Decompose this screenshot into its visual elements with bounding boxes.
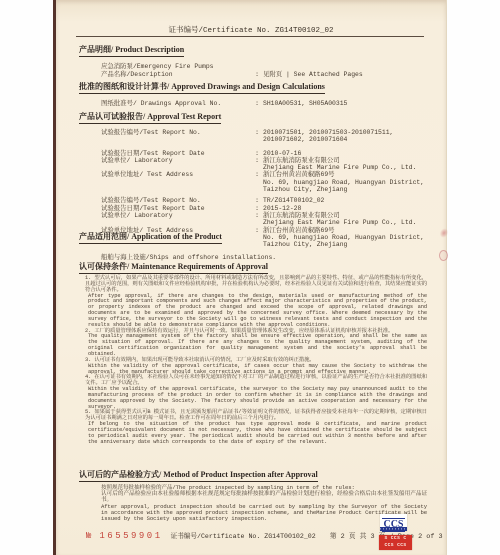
ccs-banner bbox=[380, 527, 407, 531]
table-row: 试验单位地址/ Test Address : 浙江台州黄岩黄椒路69号 No. … bbox=[79, 171, 427, 193]
row-value: TR/ZG14T00102_02 bbox=[263, 197, 427, 204]
certificate-scan: { "header": { "cert_label": "证书编号/Certif… bbox=[0, 0, 500, 555]
section-title: 批准的图纸和设计计算书/ Approved Drawings and Desig… bbox=[79, 81, 325, 94]
section-inspection-method: 认可后的产品检验方式/ Method of Product Inspection… bbox=[79, 464, 427, 526]
header-divider bbox=[76, 36, 424, 37]
row-label: 试验报告编号/Test Report No. bbox=[101, 129, 251, 144]
colon: : bbox=[251, 212, 263, 227]
section-title: 认可保持条件/ Maintenance Requirements of Appr… bbox=[79, 261, 268, 274]
footer-certificate-number: 证书编号/Certificate No. ZG14T00102_02 bbox=[171, 530, 316, 540]
row-value: 2010071501, 2010071503-2010071511, 20100… bbox=[263, 129, 427, 144]
colon: : bbox=[251, 157, 263, 172]
section-maintenance-requirements: 认可保持条件/ Maintenance Requirements of Appr… bbox=[79, 256, 427, 460]
row-value: 浙江东航消防泵业有限公司 Zhejiang East Marine Fire P… bbox=[263, 212, 427, 227]
section-title: 产品适用范围/ Application of the Product bbox=[79, 231, 222, 244]
serial-number: 16559901 bbox=[99, 531, 162, 541]
section-title: 产品明细/ Product Description bbox=[79, 44, 184, 57]
colon: : bbox=[251, 150, 263, 157]
table-row: 试验报告编号/Test Report No. : TR/ZG14T00102_0… bbox=[79, 197, 427, 204]
row-value: 浙江东航消防泵业有限公司 Zhejiang East Marine Fire P… bbox=[263, 157, 427, 172]
maintenance-paragraph: 1. 型式认可后，如果产品及其重要零部件的设计、所用材料或制造方法有所改变，且影… bbox=[83, 276, 427, 294]
row-value: 浙江台州黄岩黄椒路69号 No. 69, huangjiao Road, Hua… bbox=[263, 171, 427, 193]
certificate-no-label: 证书编号/Certificate No. bbox=[168, 27, 270, 35]
red-ink-mark bbox=[439, 250, 448, 261]
colon: : bbox=[251, 205, 263, 212]
inspection-paragraph: 认可后的产品检验应由本社验船师根据本社规范规定每批抽样按批准的产品检验计划进行检… bbox=[101, 491, 427, 503]
table-row: 试验报告编号/Test Report No. : 2010071501, 201… bbox=[79, 129, 427, 144]
header-certificate-number: 证书编号/Certificate No. ZG14T00102_02 bbox=[56, 24, 446, 35]
row-label: 试验报告日期/Test Report Date bbox=[101, 150, 251, 157]
row-value: 2010-07-16 bbox=[263, 150, 427, 157]
maintenance-paragraph: The quality management system of the fac… bbox=[83, 334, 427, 357]
maintenance-paragraph: After type approval, if there are change… bbox=[83, 294, 427, 329]
colon: : bbox=[251, 129, 263, 144]
section-approved-drawings: 批准的图纸和设计计算书/ Approved Drawings and Desig… bbox=[79, 76, 427, 107]
row-label: 试验单位/ Laboratory bbox=[101, 157, 251, 172]
row-label: 试验报告日期/Test Report Date bbox=[101, 205, 251, 212]
red-ink-mark bbox=[438, 227, 450, 240]
maintenance-paragraph: Within the validity of the approval cert… bbox=[83, 387, 427, 410]
colon: : bbox=[251, 197, 263, 204]
stamp-text-line: CCS CCS bbox=[379, 543, 412, 550]
row-value: 2015-12-28 bbox=[263, 205, 427, 212]
section-title: 认可后的产品检验方式/ Method of Product Inspection… bbox=[79, 469, 318, 482]
footer: № 16559901 证书编号/Certificate No. ZG14T001… bbox=[86, 530, 421, 541]
section-product-description: 产品明细/ Product Description 应急消防泵/Emergenc… bbox=[79, 39, 427, 78]
table-row: 试验报告日期/Test Report Date : 2010-07-16 bbox=[79, 150, 427, 157]
table-row: 试验单位/ Laboratory : 浙江东航消防泵业有限公司 Zhejiang… bbox=[79, 212, 427, 227]
section-title: 产品认可试验报告/ Approval Test Report bbox=[79, 111, 221, 124]
row-label: 试验单位地址/ Test Address bbox=[101, 171, 251, 193]
table-row: 试验报告日期/Test Report Date : 2015-12-28 bbox=[79, 205, 427, 212]
serial-number-symbol: № bbox=[86, 531, 91, 541]
ccs-logo: CCS bbox=[380, 514, 407, 531]
product-name: 应急消防泵/Emergency Fire Pumps bbox=[79, 63, 427, 71]
row-label: 试验单位/ Laboratory bbox=[101, 212, 251, 227]
inspection-paragraph: After approval, product inspection shoul… bbox=[101, 504, 427, 523]
colon: : bbox=[251, 171, 263, 193]
scanned-certificate-page: 证书编号/Certificate No. ZG14T00102_02 产品明细/… bbox=[53, 0, 447, 555]
row-label: 试验报告编号/Test Report No. bbox=[101, 197, 251, 204]
maintenance-paragraph: If belong to the situation of the produc… bbox=[83, 422, 427, 445]
table-row: 试验单位/ Laboratory : 浙江东航消防泵业有限公司 Zhejiang… bbox=[79, 157, 427, 172]
ccs-red-stamp: S CCS C CCS CCS bbox=[379, 535, 412, 550]
certificate-no-value: ZG14T00102_02 bbox=[275, 27, 334, 35]
